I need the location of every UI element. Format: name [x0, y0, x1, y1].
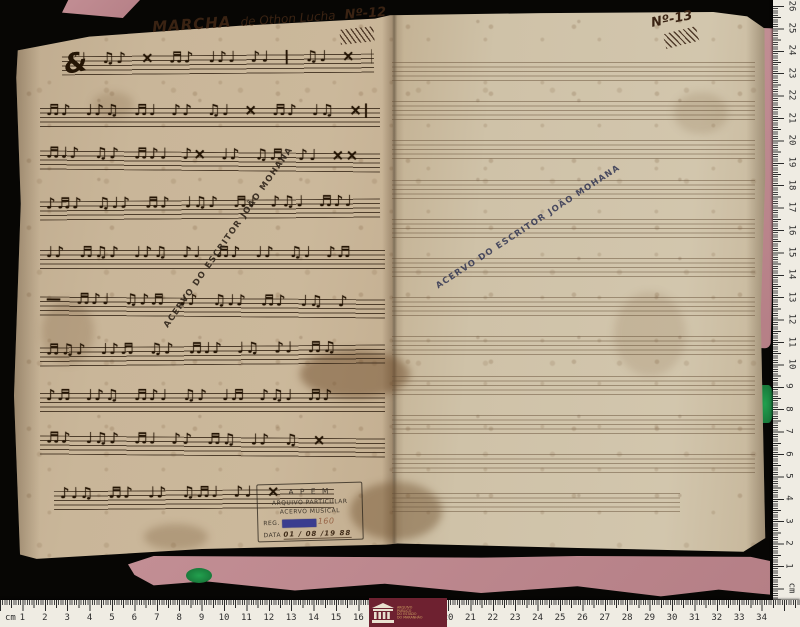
ruler-label: 26 — [786, 0, 796, 11]
ruler-label: 20 — [786, 135, 796, 146]
ruler-label: 17 — [786, 202, 796, 213]
ruler-label: 6 — [784, 451, 794, 456]
manuscript-spread: ♪♩ ♫♪ × ♬♪ ♩♪♩ ♪♩ | ♫♩ × |♬♪ ♩♪♫ ♬♩ ♪♪ ♫… — [14, 12, 766, 560]
archive-stamp-box: A P E M ARQUIVO PARTICULAR ACERVO MUSICA… — [256, 482, 363, 543]
scanned-manuscript-photo: ♪♩ ♫♪ × ♬♪ ♩♪♩ ♪♩ | ♫♩ × |♬♪ ♩♪♫ ♬♩ ♪♪ ♫… — [0, 0, 800, 627]
ruler-label: 16 — [353, 613, 364, 623]
building-icon — [372, 603, 394, 623]
ruler-label: 23 — [510, 613, 521, 623]
ruler-label: 3 — [784, 518, 794, 523]
ruler-label: 8 — [784, 406, 794, 411]
music-staff-right-empty — [392, 336, 755, 355]
ruler-label: 12 — [786, 314, 796, 325]
ruler-label: 29 — [644, 613, 655, 623]
ruler-label: 11 — [786, 336, 796, 347]
ruler-label: 13 — [786, 291, 796, 302]
music-staff-right-empty — [392, 415, 755, 434]
staff-notes: ♪♬ ♩♪♫ ♬♪♩ ♫♪ ♩♬ ♪♫♩ ♬♪ — [46, 388, 383, 403]
staff-notes: — ♬♪♩ ♫♪♬ ♩♪ ♫♩♪ ♬♪ ♩♫ ♪ — [46, 292, 383, 310]
ruler-label: 7 — [784, 428, 794, 433]
ruler-label: 25 — [786, 23, 796, 34]
archive-stamp-date-row: DATA 01 / 08 /19 88 — [258, 527, 362, 541]
date-value: 01 / 08 /19 88 — [283, 529, 351, 540]
ruler-label: 12 — [263, 613, 274, 623]
staff-notes: ♪♬♪ ♫♩♪ ♬♪ ♩♫♪ ♬♩ ♪♫♩ ♬♪♩ — [46, 194, 378, 212]
staff-notes: ♬♪ ♩♫♪ ♬♩ ♪♪ ♬♫ ♩♪ ♫ × — [46, 431, 383, 449]
pink-cover-edge-bottom — [128, 556, 770, 598]
ruler-label: 34 — [756, 613, 767, 623]
vertical-ruler-ticks — [773, 0, 784, 600]
ruler-label: 18 — [786, 179, 796, 190]
music-staff-right-empty — [392, 376, 755, 395]
reg-value: 160 — [318, 517, 335, 526]
ruler-label: 7 — [154, 613, 159, 623]
ruler-label: 22 — [487, 613, 498, 623]
ruler-label: 8 — [176, 613, 181, 623]
ruler-label: 31 — [689, 613, 700, 623]
archive-logo-text-line: DO MARANHÃO — [397, 616, 422, 619]
ruler-label: 4 — [784, 496, 794, 501]
ruler-label: 1 — [20, 613, 25, 623]
ruler-label: 23 — [786, 67, 796, 78]
music-staff-right-empty — [392, 493, 680, 512]
ruler-label: 9 — [784, 384, 794, 389]
ruler-label: 24 — [786, 45, 796, 56]
ruler-label: 2 — [42, 613, 47, 623]
ruler-label: 14 — [308, 613, 319, 623]
reg-label: REG. — [263, 520, 280, 527]
blue-marker-patch — [282, 519, 316, 528]
ruler-label: 30 — [667, 613, 678, 623]
ruler-label: 5 — [109, 613, 114, 623]
green-felt-spot-bottom — [186, 568, 212, 583]
ruler-label: 15 — [786, 247, 796, 258]
ruler-label: 24 — [532, 613, 543, 623]
pink-cover-corner-topleft — [62, 0, 140, 18]
ruler-label: 15 — [331, 613, 342, 623]
ink-stain — [144, 524, 208, 550]
left-page — [14, 12, 393, 560]
center-fold — [382, 12, 404, 560]
ruler-label: 22 — [786, 90, 796, 101]
left-page-number: Nº-12 — [344, 5, 387, 23]
ruler-label: 10 — [786, 359, 796, 370]
music-staff-right-empty — [392, 101, 755, 120]
ruler-label: 16 — [786, 224, 796, 235]
ruler-label: 19 — [786, 157, 796, 168]
staff-notes: ♪♩ ♫♪ × ♬♪ ♩♪♩ ♪♩ | ♫♩ × | — [68, 49, 372, 67]
ruler-label: 14 — [786, 269, 796, 280]
staff-notes: ♬♪ ♩♪♫ ♬♩ ♪♪ ♫♩ × ♬♪ ♩♫ ×| — [46, 103, 378, 118]
vertical-ruler: cm12345678910111213141516171819202122232… — [773, 0, 800, 600]
ruler-label: cm — [786, 583, 796, 594]
staff-notes: ♬♩♪ ♫♪ ♬♪♩ ♪× ♩♪ ♫♬ ♪♩ ×× — [46, 146, 378, 164]
ruler-label: 11 — [241, 613, 252, 623]
music-staff-right-empty — [392, 297, 755, 316]
archive-logo-text: ARQUIVOPÚBLICODO ESTADODO MARANHÃO — [397, 606, 422, 619]
ruler-label: 10 — [219, 613, 230, 623]
ruler-label: 28 — [622, 613, 633, 623]
ruler-label: 25 — [555, 613, 566, 623]
ruler-label: 6 — [132, 613, 137, 623]
ruler-label: 4 — [87, 613, 92, 623]
ruler-unit-label: cm — [5, 613, 16, 623]
music-staff-right-empty — [392, 454, 755, 473]
ruler-label: 21 — [465, 613, 476, 623]
ruler-label: 21 — [786, 112, 796, 123]
music-staff-right-empty — [392, 140, 755, 159]
music-staff-right-empty — [392, 219, 755, 238]
ruler-label: 5 — [784, 473, 794, 478]
music-staff-right-empty — [392, 62, 755, 81]
ruler-label: 27 — [599, 613, 610, 623]
archive-logo: ARQUIVOPÚBLICODO ESTADODO MARANHÃO — [369, 598, 447, 627]
ruler-label: 3 — [64, 613, 69, 623]
ruler-label: 2 — [784, 540, 794, 545]
left-edge-shadow — [14, 12, 40, 560]
date-label: DATA — [264, 531, 282, 538]
ruler-label: 1 — [784, 563, 794, 568]
ruler-label: 33 — [734, 613, 745, 623]
ruler-label: 26 — [577, 613, 588, 623]
ruler-label: 32 — [711, 613, 722, 623]
staff-notes: ♬♫♪ ♩♪♬ ♫♪ ♬♩♪ ♩♫ ♪♩ ♬♫ — [46, 340, 383, 358]
ruler-label: 9 — [199, 613, 204, 623]
treble-clef: & — [61, 46, 90, 81]
ruler-label: 13 — [286, 613, 297, 623]
